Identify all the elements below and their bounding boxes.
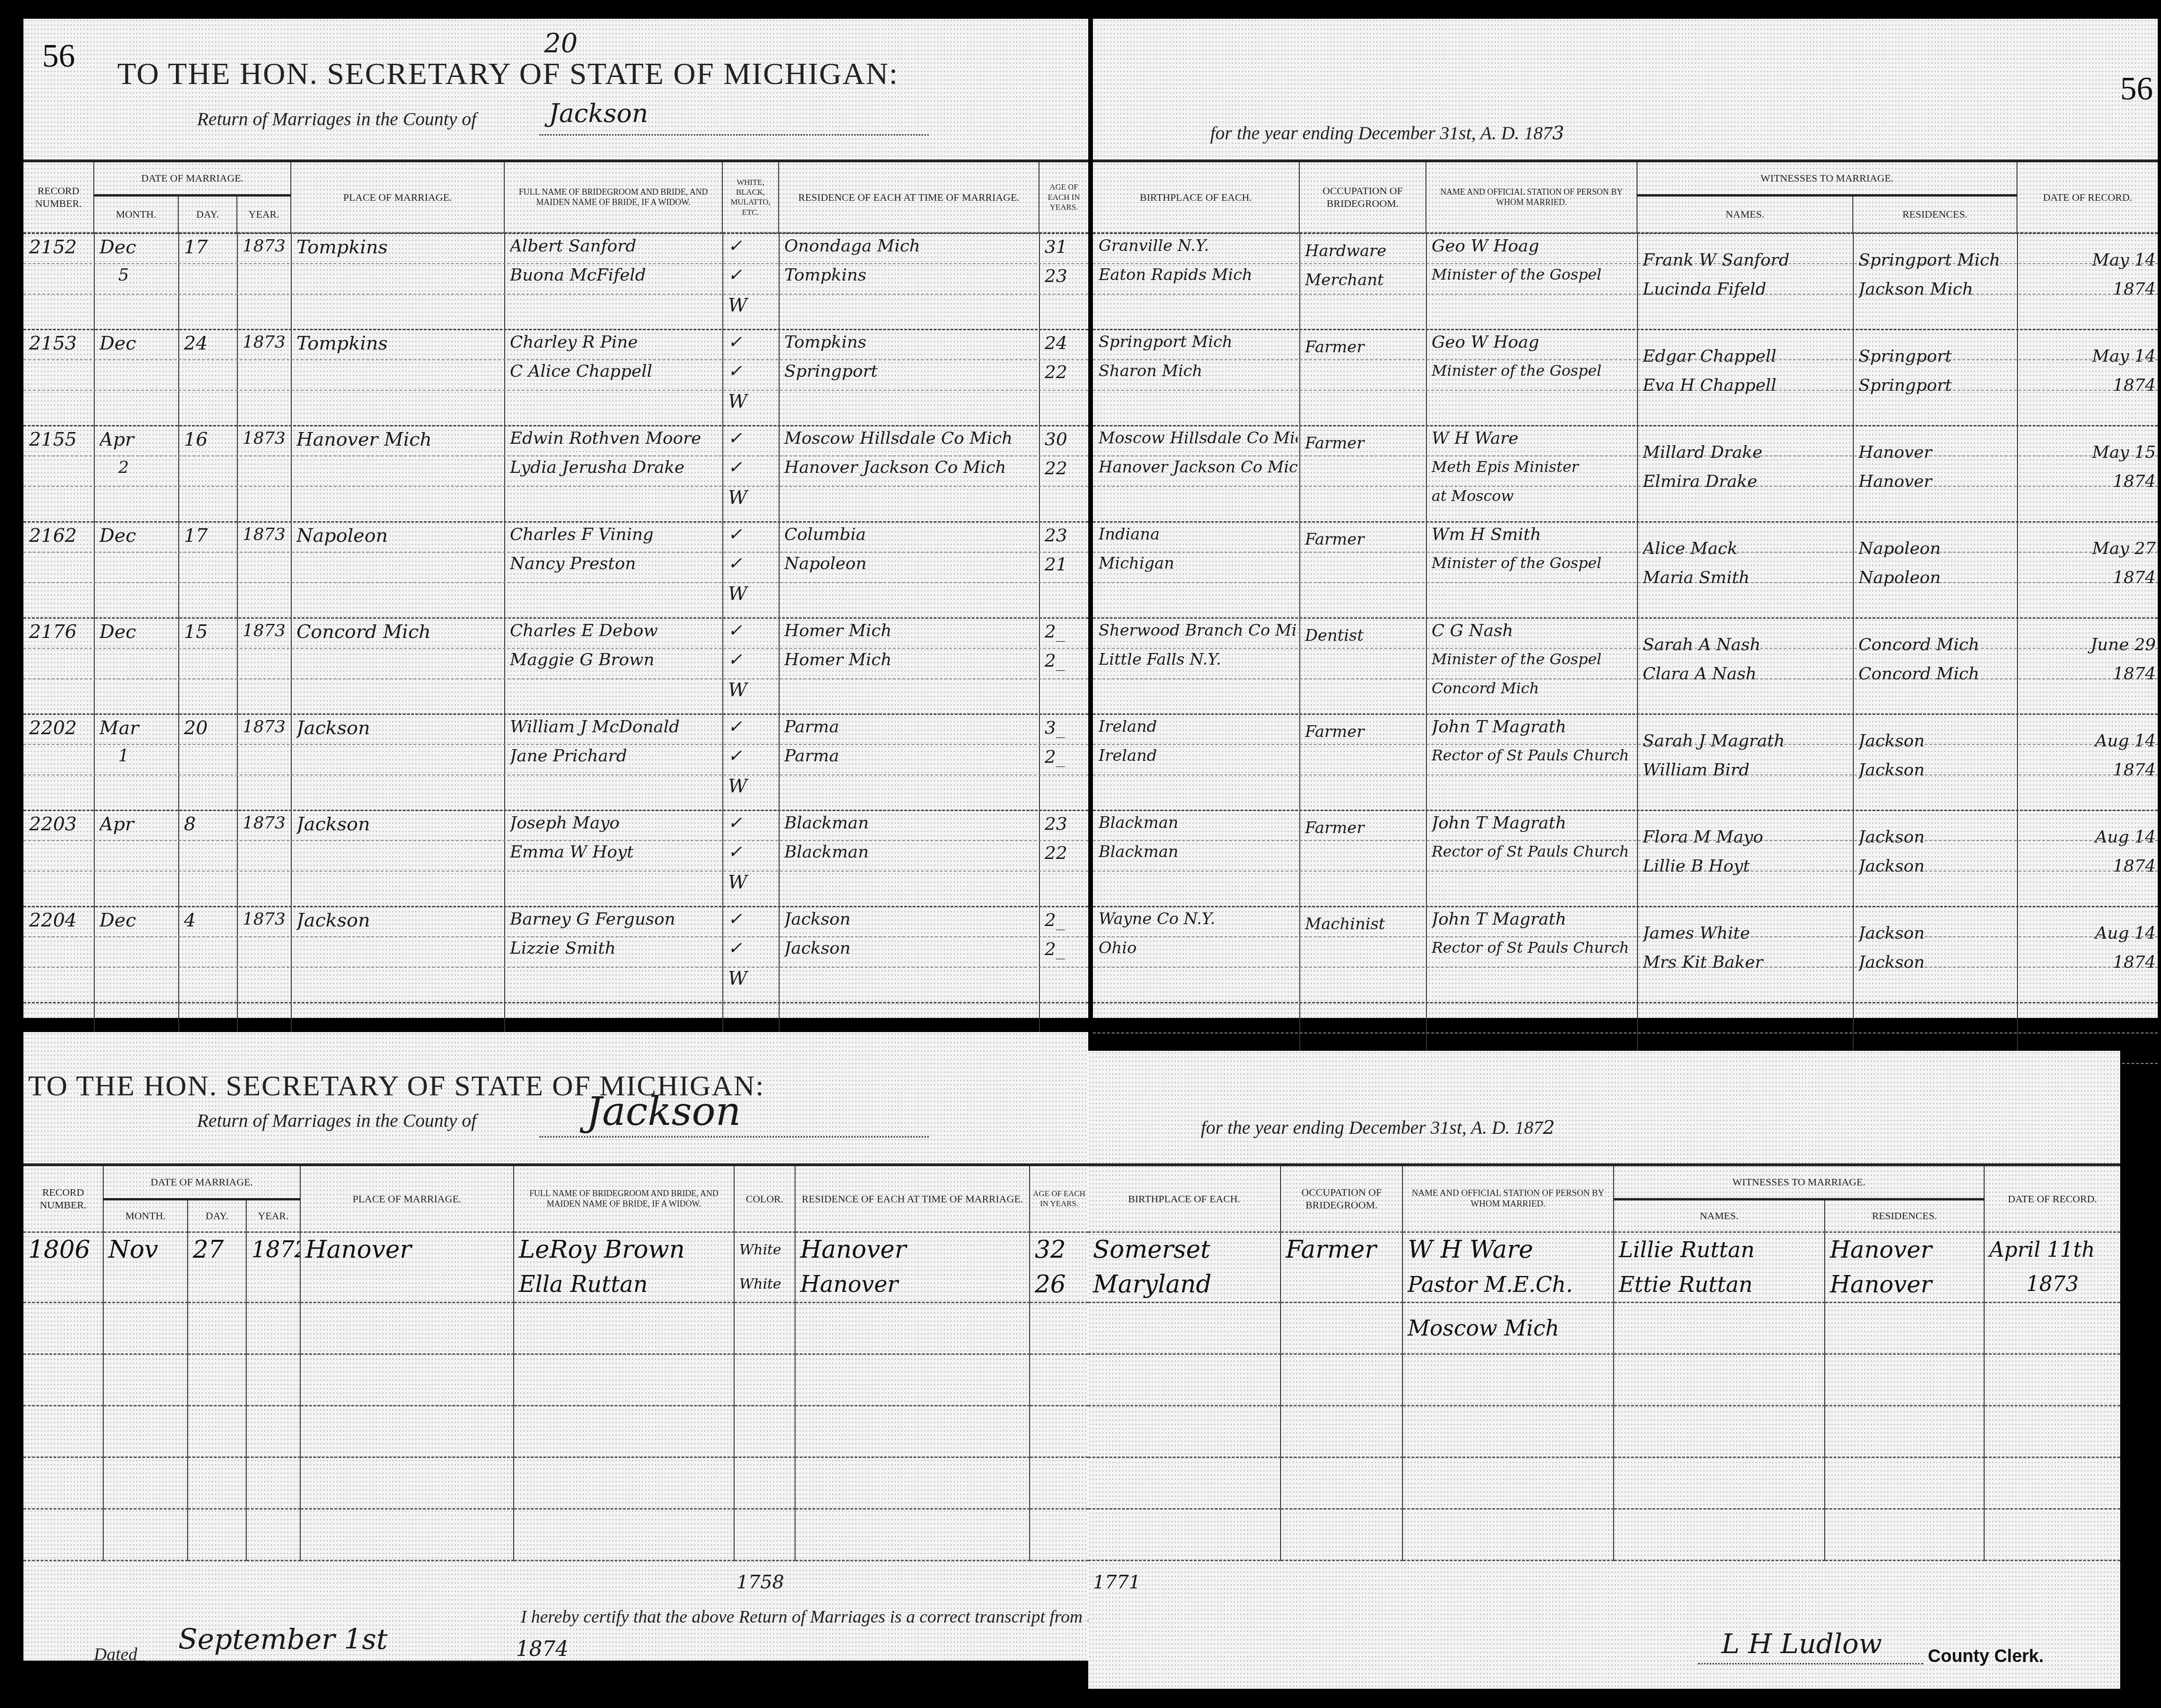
record-residence-groom: Jackson [784,910,1037,929]
record-groom-name: Charles F Vining [510,525,720,544]
lower-header-year: Year. [246,1199,300,1232]
column-divider [2017,233,2018,1096]
record-officiant-title: Minister of the Gospel [1432,266,1635,283]
record-witness-2: Elmira Drake [1643,472,1851,491]
record-officiant-name: C G Nash [1432,621,1635,640]
county-underline [539,134,929,136]
record-place: Jackson [296,813,502,835]
record-birthplace-bride: Eaton Rapids Mich [1099,266,1297,284]
upper-form-title: To the Hon. Secretary of State of Michig… [117,56,899,92]
record-witness-2: Maria Smith [1643,568,1851,587]
record-number: 2153 [29,333,92,354]
record-year-of-record: 1874 [2023,568,2156,587]
record-witness-1: Alice Mack [1643,539,1851,558]
upper-left-sheet: 56 20 To the Hon. Secretary of State of … [23,19,1088,1018]
record-age-bride: 2_ [1045,939,1086,959]
record-color-groom: ✓ [728,813,777,833]
record-birthplace-groom: Moscow Hillsdale Co Mich [1099,429,1297,448]
upper-left-table: Record Number. Date of Marriage. Place o… [23,162,1088,234]
record-year-of-record: 1874 [2023,857,2156,876]
record-month: Dec [99,525,176,547]
header-record-number: Record Number. [23,162,94,233]
record-witness-2: Clara A Nash [1643,664,1851,683]
record-place: Jackson [296,717,502,739]
record-month: Apr [99,429,176,450]
record-birthplace-groom: Indiana [1099,525,1297,544]
record-occupation: Machinist [1305,910,1424,939]
record-occupation: Farmer [1305,333,1424,362]
lower-record-bride: Ella Ruttan [514,1267,734,1302]
lower-header-day: Day. [188,1199,246,1232]
record-occupation: Hardware Merchant [1305,236,1424,295]
record-year: 1873 [243,525,289,544]
lower-right-row-1: Somerset Farmer W H Ware Lillie Ruttan H… [1088,1232,2120,1267]
record-day: 4 [184,910,235,931]
record-birthplace-groom: Granville N.Y. [1099,236,1297,255]
record-bride-name: Lizzie Smith [510,939,720,958]
record-year: 1873 [243,333,289,352]
row-rule [1093,1032,2158,1033]
year-line-label: for the year ending December 31st, A. D.… [1210,122,1564,144]
lower-header-birthplace: Birthplace of Each. [1088,1166,1281,1232]
header-date-of-record: Date of Record. [2017,162,2158,233]
lower-occupation: Farmer [1281,1232,1403,1267]
lower-witness-1: Lillie Ruttan [1614,1232,1825,1267]
record-place: Jackson [296,910,502,931]
record-color-groom: ✓ [728,429,777,448]
lower-header-officiant: Name and Official Station of Person by W… [1403,1166,1614,1232]
row-rule [23,744,1088,745]
lower-header-age: Age of Each in Years. [1030,1166,1088,1232]
record-bride-name: Jane Prichard [510,746,720,766]
record-date-of-record: Aug 14 [2023,827,2156,847]
row-rule [23,617,1088,619]
record-witness-1: Millard Drake [1643,443,1851,462]
record-color-groom: ✓ [728,621,777,640]
record-number: 2204 [29,910,92,931]
record-witness-residence-1: Jackson [1858,827,2015,847]
record-place: Tompkins [296,333,502,354]
record-date-of-record: June 29 [2023,635,2156,654]
record-year-of-record: 1874 [2023,280,2156,299]
column-divider [1039,233,1040,1096]
record-day: 16 [184,429,235,450]
record-age-bride: 22 [1045,362,1086,382]
header-full-name: Full Name of Bridegroom and Bride, and M… [504,162,722,233]
record-age-groom: 30 [1045,429,1086,449]
header-witness-residences: Residences. [1853,195,2017,233]
record-year-of-record: 1874 [2023,760,2156,780]
upper-right-table: Birthplace of Each. Occupation of Brideg… [1093,162,2158,234]
lower-right-table: Birthplace of Each. Occupation of Brideg… [1088,1166,2120,1561]
row-rule [23,263,1088,264]
upper-right-sheet: 56 for the year ending December 31st, A.… [1093,19,2158,1018]
lower-header-place: Place of Marriage. [300,1166,514,1232]
column-divider [779,233,780,1096]
record-witness-residence-2: Jackson [1858,953,2015,972]
lower-year-prefix: for the year ending December 31st, A. D.… [1201,1117,1543,1138]
record-color-groom: ✓ [728,717,777,736]
row-rule [23,359,1088,360]
record-date-of-record: Aug 14 [2023,924,2156,943]
record-place: Napoleon [296,525,502,547]
record-day: 24 [184,333,235,354]
row-rule [23,233,1088,234]
lower-header-date-of-record: Date of Record. [1984,1166,2120,1232]
record-color-note: W [728,583,777,605]
header-color: White, Black, Mulatto, Etc. [722,162,779,233]
record-color-bride: ✓ [728,939,777,958]
record-date-of-record: May 14 [2023,347,2156,366]
record-color-note: W [728,679,777,701]
annotation-above-title: 20 [544,28,577,59]
record-bride-name: Buona McFifeld [510,266,720,285]
lower-record-color-bride: White [734,1267,795,1302]
row-rule [1093,233,2158,234]
row-rule [23,936,1088,937]
column-divider [1299,233,1300,1096]
year-suffix: 3 [1552,122,1564,144]
header-officiant: Name and Official Station of Person by W… [1426,162,1637,233]
record-day: 17 [184,236,235,258]
lower-county-value: Jackson [586,1088,741,1134]
lower-header-month: Month. [103,1199,188,1232]
record-groom-name: Albert Sanford [510,236,720,256]
record-officiant-name: Geo W Hoag [1432,333,1635,352]
row-rule [23,840,1088,841]
row-rule [1093,714,2158,715]
record-birthplace-groom: Springport Mich [1099,333,1297,351]
signature-underline [1698,1663,1923,1664]
record-witness-residence-1: Jackson [1858,731,2015,751]
record-officiant-extra: at Moscow [1432,487,1635,505]
header-date-of-marriage: Date of Marriage. [94,162,291,195]
record-occupation: Farmer [1305,429,1424,458]
record-age-bride: 2_ [1045,746,1086,767]
record-birthplace-bride: Ireland [1099,746,1297,765]
row-rule [23,521,1088,523]
record-witness-2: Lucinda Fifeld [1643,280,1851,299]
record-witness-residence-2: Springport [1858,376,2015,395]
record-age-groom: 2_ [1045,621,1086,642]
record-witness-2: Lillie B Hoyt [1643,857,1851,876]
dated-label: Dated [94,1644,137,1665]
record-birthplace-bride: Little Falls N.Y. [1099,650,1297,669]
record-residence-bride: Napoleon [784,554,1037,573]
lower-header-record-number: Record Number. [23,1166,103,1232]
record-bride-name: Nancy Preston [510,554,720,573]
record-day: 17 [184,525,235,547]
header-age: Age of Each in Years. [1039,162,1088,233]
record-witness-residence-1: Hanover [1858,443,2015,462]
row-rule [23,810,1088,811]
lower-right-sheet: for the year ending December 31st, A. D.… [1088,1051,2120,1689]
lower-birth-bride: Maryland [1088,1267,1281,1302]
lower-officiant-extra: Moscow Mich [1403,1302,1614,1354]
record-witness-1: James White [1643,924,1851,943]
record-color-groom: ✓ [728,333,777,352]
record-year: 1873 [243,717,289,736]
lower-birth-groom: Somerset [1088,1232,1281,1267]
lower-record-age-groom: 32 [1030,1232,1088,1267]
record-groom-name: Barney G Ferguson [510,910,720,929]
column-divider [1637,233,1638,1096]
record-residence-bride: Tompkins [784,266,1037,285]
lower-record-res-groom: Hanover [795,1232,1030,1267]
record-residence-bride: Parma [784,746,1037,766]
record-officiant-title: Minister of the Gospel [1432,362,1635,380]
column-divider [237,233,238,1096]
record-officiant-title: Minister of the Gospel [1432,554,1635,572]
record-groom-name: William J McDonald [510,717,720,736]
signature-title: County Clerk. [1928,1647,2044,1667]
record-number: 2176 [29,621,92,643]
record-officiant-name: Wm H Smith [1432,525,1635,544]
county-value: Jackson [549,99,648,128]
lower-county-line-label: Return of Marriages in the County of [197,1109,477,1131]
record-color-note: W [728,487,777,509]
record-residence-groom: Columbia [784,525,1037,544]
lower-witness-res-1: Hanover [1825,1232,1984,1267]
record-witness-residence-1: Concord Mich [1858,635,2015,654]
record-color-bride: ✓ [728,266,777,285]
record-witness-residence-2: Jackson [1858,857,2015,876]
record-bride-name: Maggie G Brown [510,650,720,669]
record-color-bride: ✓ [728,650,777,669]
record-witness-2: William Bird [1643,760,1851,780]
record-occupation: Farmer [1305,525,1424,554]
record-officiant-name: John T Magrath [1432,717,1635,736]
record-birthplace-bride: Blackman [1099,843,1297,861]
margin-note-1: 1758 [736,1571,784,1593]
lower-officiant-title: Pastor M.E.Ch. [1403,1267,1614,1302]
record-residence-groom: Blackman [784,813,1037,833]
record-officiant-name: John T Magrath [1432,813,1635,833]
record-color-bride: ✓ [728,554,777,573]
record-residence-groom: Moscow Hillsdale Co Mich [784,429,1037,448]
record-residence-bride: Homer Mich [784,650,1037,669]
header-witnesses: Witnesses to Marriage. [1637,162,2017,195]
record-officiant-name: Geo W Hoag [1432,236,1635,256]
lower-right-row-2: Maryland Pastor M.E.Ch. Ettie Ruttan Han… [1088,1267,2120,1302]
page-number-left: 56 [42,38,75,75]
row-rule [23,425,1088,426]
lower-record-year: 1873 [1984,1267,2120,1302]
row-rule [23,678,1088,679]
clerk-signature: L H Ludlow [1721,1628,1882,1660]
row-rule [23,774,1088,775]
record-year-of-record: 1874 [2023,664,2156,683]
record-year-of-record: 1874 [2023,472,2156,491]
year-line-prefix: for the year ending December 31st, A. D.… [1210,122,1552,144]
record-witness-2: Eva H Chappell [1643,376,1851,395]
record-color-groom: ✓ [728,910,777,929]
row-rule [23,906,1088,907]
record-witness-residence-2: Jackson Mich [1858,280,2015,299]
record-date-of-record: May 27 [2023,539,2156,558]
record-year: 1873 [243,429,289,448]
lower-record-day: 27 [188,1232,246,1267]
lower-record-age-bride: 26 [1030,1267,1088,1302]
county-line-label: Return of Marriages in the County of [197,108,477,130]
row-rule [1093,617,2158,619]
header-place: Place of Marriage. [291,162,504,233]
record-color-note: W [728,295,777,316]
row-rule [23,455,1088,456]
record-age-bride: 2_ [1045,650,1086,671]
row-rule [23,871,1088,872]
record-witness-residence-2: Concord Mich [1858,664,2015,683]
record-date-of-record: May 15 [2023,443,2156,462]
record-date-of-record: May 14 [2023,251,2156,270]
record-birthplace-bride: Sharon Mich [1099,362,1297,380]
dated-value: September 1st [178,1623,387,1656]
record-birthplace-bride: Ohio [1099,939,1297,957]
record-number: 2203 [29,813,92,835]
header-residence: Residence of Each at Time of Marriage. [779,162,1039,233]
record-color-groom: ✓ [728,236,777,256]
record-witness-residence-1: Springport Mich [1858,251,2015,270]
record-age-bride: 21 [1045,554,1086,575]
record-officiant-title: Rector of St Pauls Church [1432,746,1635,764]
lower-header-witness-names: Names. [1614,1199,1825,1232]
lower-header-occupation: Occupation of Bridegroom. [1281,1166,1403,1232]
column-divider [504,233,505,1096]
page-number-right: 56 [2120,70,2153,108]
record-residence-groom: Parma [784,717,1037,736]
record-year: 1873 [243,621,289,640]
row-rule [23,486,1088,487]
record-day: 20 [184,717,235,739]
header-birthplace: Birthplace of Each. [1093,162,1299,233]
record-groom-name: Joseph Mayo [510,813,720,833]
record-residence-groom: Onondaga Mich [784,236,1037,256]
lower-header-full-name: Full Name of Bridegroom and Bride, and M… [514,1166,734,1232]
record-witness-residence-1: Napoleon [1858,539,2015,558]
lower-record-groom: LeRoy Brown [514,1232,734,1267]
record-age-groom: 23 [1045,525,1086,546]
record-birthplace-bride: Hanover Jackson Co Mich [1099,458,1297,477]
record-groom-name: Edwin Rothven Moore [510,429,720,448]
record-age-groom: 2_ [1045,910,1086,930]
record-witness-2: Mrs Kit Baker [1643,953,1851,972]
lower-record-place: Hanover [300,1232,514,1267]
record-month: Dec [99,910,176,931]
record-year: 1873 [243,236,289,256]
lower-witness-2: Ettie Ruttan [1614,1267,1825,1302]
lower-record-number: 1806 [23,1232,103,1267]
record-year: 1873 [243,910,289,929]
record-witness-residence-1: Springport [1858,347,2015,366]
record-age-bride: 22 [1045,458,1086,478]
record-birthplace-bride: Michigan [1099,554,1297,573]
record-birthplace-groom: Wayne Co N.Y. [1099,910,1297,928]
row-rule [23,967,1088,968]
column-divider [94,233,95,1096]
record-number: 2152 [29,236,92,258]
column-divider [1853,233,1854,1096]
column-divider [291,233,292,1096]
record-color-bride: ✓ [728,362,777,381]
row-rule [1093,425,2158,426]
record-month: Dec [99,333,176,354]
record-witness-residence-2: Napoleon [1858,568,2015,587]
row-rule [1093,1002,2158,1003]
lower-record-year: 1872 [246,1232,300,1267]
record-color-note: W [728,968,777,989]
record-day: 15 [184,621,235,643]
row-rule [23,714,1088,715]
lower-county-underline [539,1136,929,1138]
record-date-of-record: Aug 14 [2023,731,2156,751]
row-rule [1093,906,2158,907]
record-place: Tompkins [296,236,502,258]
header-day: Day. [178,195,237,233]
record-officiant-title: Minister of the Gospel [1432,650,1635,668]
record-number: 2202 [29,717,92,739]
row-rule [23,648,1088,649]
record-year-of-record: 1874 [2023,953,2156,972]
header-year: Year. [237,195,291,233]
record-residence-groom: Tompkins [784,333,1037,352]
record-month: Dec [99,236,176,258]
record-witness-1: Frank W Sanford [1643,251,1851,270]
record-groom-name: Charles E Debow [510,621,720,640]
record-officiant-title: Meth Epis Minister [1432,458,1635,476]
row-rule [1093,521,2158,523]
column-divider [1426,233,1427,1096]
row-rule [1093,810,2158,811]
lower-record-row-bride: Ella Ruttan White Hanover 26 [23,1267,1088,1302]
lower-header-witnesses: Witnesses to Marriage. [1614,1166,1984,1199]
record-month: Apr [99,813,176,835]
row-rule [23,329,1088,330]
margin-note-2: 1771 [1093,1571,1141,1593]
record-color-note: W [728,391,777,412]
lower-record-row-groom: 1806 Nov 27 1872 Hanover LeRoy Brown Whi… [23,1232,1088,1267]
row-rule [23,390,1088,391]
record-groom-name: Charley R Pine [510,333,720,352]
lower-header-witness-residences: Residences. [1825,1199,1984,1232]
row-rule [1093,329,2158,330]
record-bride-name: Lydia Jerusha Drake [510,458,720,477]
record-year-of-record: 1874 [2023,376,2156,395]
lower-record-date: April 11th [1984,1232,2120,1267]
record-bride-name: Emma W Hoyt [510,843,720,862]
record-age-groom: 31 [1045,236,1086,257]
header-witness-names: Names. [1637,195,1853,233]
lower-record-color-groom: White [734,1232,795,1267]
record-residence-groom: Homer Mich [784,621,1037,640]
header-occupation: Occupation of Bridegroom. [1299,162,1426,233]
record-birthplace-groom: Ireland [1099,717,1297,736]
row-rule [23,552,1088,553]
header-month: Month. [94,195,178,233]
record-color-bride: ✓ [728,458,777,477]
record-occupation: Dentist [1305,621,1424,650]
record-day: 8 [184,813,235,835]
record-age-bride: 22 [1045,843,1086,863]
record-age-groom: 24 [1045,333,1086,353]
record-color-note: W [728,872,777,893]
lower-officiant-name: W H Ware [1403,1232,1614,1267]
record-residence-bride: Blackman [784,843,1037,862]
record-witness-residence-1: Jackson [1858,924,2015,943]
record-number: 2162 [29,525,92,547]
record-officiant-name: W H Ware [1432,429,1635,448]
record-mark: 5 [99,266,195,285]
record-age-groom: 3_ [1045,717,1086,738]
